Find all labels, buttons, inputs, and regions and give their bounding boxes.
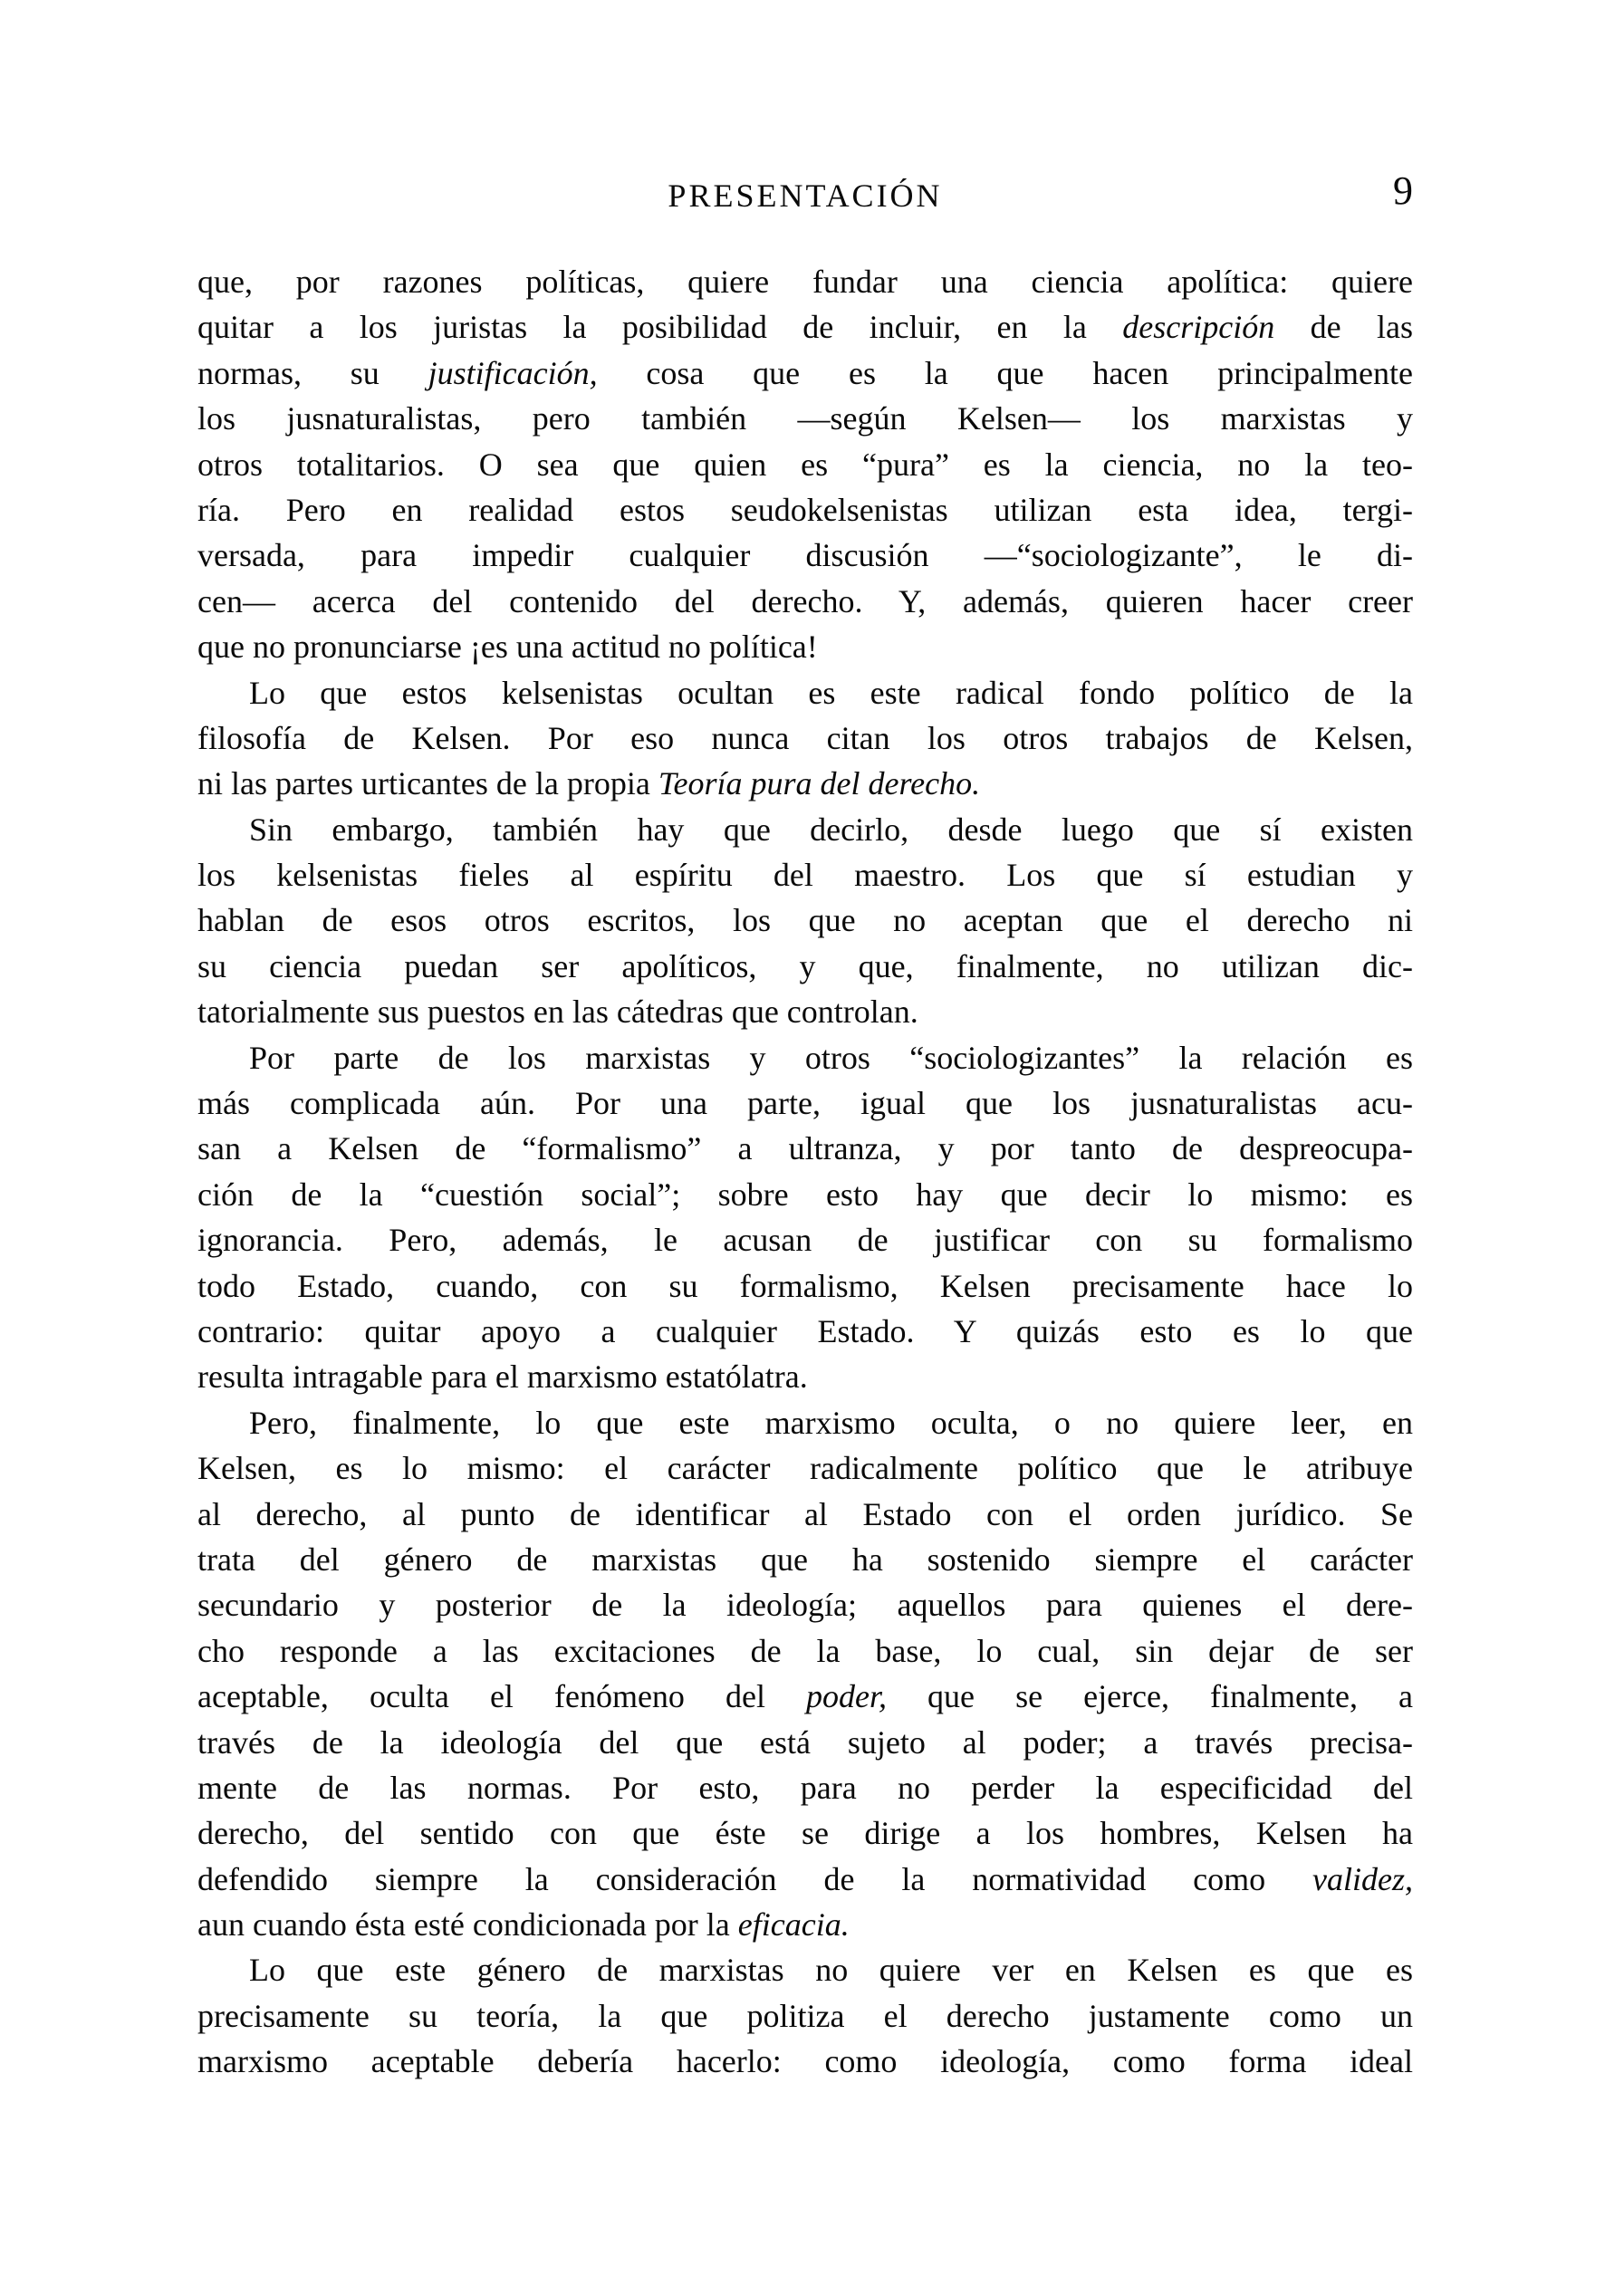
text-run: los jusnaturalistas, pero también —según…	[197, 400, 1413, 437]
text-run: ría. Pero en realidad estos seudokelseni…	[197, 492, 1413, 528]
text-run: Por parte de los marxistas y otros “soci…	[249, 1040, 1413, 1076]
text-line: aun cuando ésta esté condicionada por la…	[197, 1902, 1413, 1947]
italic-run: poder,	[806, 1678, 887, 1714]
text-line: más complicada aún. Por una parte, igual…	[197, 1080, 1413, 1126]
text-line: otros totalitarios. O sea que quien es “…	[197, 442, 1413, 487]
italic-run: eficacia.	[738, 1906, 850, 1943]
text-line: filosofía de Kelsen. Por eso nunca citan…	[197, 715, 1413, 761]
text-run: precisamente su teoría, la que politiza …	[197, 1998, 1413, 2034]
text-line: hablan de esos otros escritos, los que n…	[197, 897, 1413, 943]
text-run: versada, para impedir cualquier discusió…	[197, 537, 1413, 573]
italic-run: justificación,	[428, 355, 598, 391]
text-line: ignorancia. Pero, además, le acusan de j…	[197, 1217, 1413, 1262]
text-line: tatorialmente sus puestos en las cátedra…	[197, 989, 1413, 1034]
text-line: Pero, finalmente, lo que este marxismo o…	[197, 1400, 1413, 1445]
text-line: trata del género de marxistas que ha sos…	[197, 1537, 1413, 1582]
text-run: ignorancia. Pero, además, le acusan de j…	[197, 1222, 1413, 1258]
italic-run: Teoría pura del derecho.	[658, 765, 980, 801]
text-line: marxismo aceptable debería hacerlo: como…	[197, 2039, 1413, 2084]
text-line: ría. Pero en realidad estos seudokelseni…	[197, 487, 1413, 533]
text-line: precisamente su teoría, la que politiza …	[197, 1993, 1413, 2039]
text-line: derecho, del sentido con que éste se dir…	[197, 1810, 1413, 1856]
text-run: que se ejerce, finalmente, a	[887, 1678, 1413, 1714]
text-run: todo Estado, cuando, con su formalismo, …	[197, 1268, 1413, 1304]
text-run: Sin embargo, también hay que decirlo, de…	[249, 811, 1413, 848]
text-line: su ciencia puedan ser apolíticos, y que,…	[197, 944, 1413, 989]
text-run: Pero, finalmente, lo que este marxismo o…	[249, 1405, 1413, 1441]
text-run: través de la ideología del que está suje…	[197, 1724, 1413, 1761]
text-run: quitar a los juristas la posibilidad de …	[197, 309, 1122, 345]
text-line: cho responde a las excitaciones de la ba…	[197, 1628, 1413, 1674]
text-run: ción de la “cuestión social”; sobre esto…	[197, 1176, 1413, 1213]
text-line: defendido siempre la consideración de la…	[197, 1857, 1413, 1902]
text-run: más complicada aún. Por una parte, igual…	[197, 1085, 1413, 1121]
italic-run: validez,	[1312, 1861, 1413, 1897]
text-line: resulta intragable para el marxismo esta…	[197, 1354, 1413, 1399]
text-run: los kelsenistas fieles al espíritu del m…	[197, 857, 1413, 893]
text-run: que, por razones políticas, quiere funda…	[197, 264, 1413, 300]
book-page: PRESENTACIÓN 9 que, por razones política…	[0, 0, 1624, 2294]
text-line: quitar a los juristas la posibilidad de …	[197, 304, 1413, 350]
text-run: mente de las normas. Por esto, para no p…	[197, 1770, 1413, 1806]
text-line: los kelsenistas fieles al espíritu del m…	[197, 852, 1413, 897]
text-run: contrario: quitar apoyo a cualquier Esta…	[197, 1313, 1413, 1349]
text-line: versada, para impedir cualquier discusió…	[197, 533, 1413, 578]
text-line: Lo que este género de marxistas no quier…	[197, 1947, 1413, 1992]
text-line: los jusnaturalistas, pero también —según…	[197, 396, 1413, 441]
page-number: 9	[197, 171, 1413, 211]
text-run: aun cuando ésta esté condicionada por la	[197, 1906, 738, 1943]
text-line: aceptable, oculta el fenómeno del poder,…	[197, 1674, 1413, 1719]
text-line: Lo que estos kelsenistas ocultan es este…	[197, 670, 1413, 715]
text-run: trata del género de marxistas que ha sos…	[197, 1541, 1413, 1578]
italic-run: descripción	[1122, 309, 1274, 345]
text-run: aceptable, oculta el fenómeno del	[197, 1678, 806, 1714]
text-run: normas, su	[197, 355, 428, 391]
text-run: marxismo aceptable debería hacerlo: como…	[197, 2043, 1413, 2079]
text-run: que no pronunciarse ¡es una actitud no p…	[197, 629, 818, 665]
text-run: resulta intragable para el marxismo esta…	[197, 1358, 808, 1395]
text-line: normas, su justificación, cosa que es la…	[197, 350, 1413, 396]
text-line: cen— acerca del contenido del derecho. Y…	[197, 579, 1413, 624]
text-line: través de la ideología del que está suje…	[197, 1720, 1413, 1765]
text-run: al derecho, al punto de identificar al E…	[197, 1496, 1413, 1532]
text-line: secundario y posterior de la ideología; …	[197, 1582, 1413, 1627]
text-run: Lo que este género de marxistas no quier…	[249, 1952, 1413, 1988]
text-line: contrario: quitar apoyo a cualquier Esta…	[197, 1309, 1413, 1354]
text-run: derecho, del sentido con que éste se dir…	[197, 1815, 1413, 1851]
text-run: san a Kelsen de “formalismo” a ultranza,…	[197, 1130, 1413, 1166]
text-run: Lo que estos kelsenistas ocultan es este…	[249, 675, 1413, 711]
text-run: otros totalitarios. O sea que quien es “…	[197, 446, 1413, 483]
text-line: mente de las normas. Por esto, para no p…	[197, 1765, 1413, 1810]
text-run: tatorialmente sus puestos en las cátedra…	[197, 993, 918, 1030]
text-line: que, por razones políticas, quiere funda…	[197, 259, 1413, 304]
text-line: Kelsen, es lo mismo: el carácter radical…	[197, 1445, 1413, 1491]
text-line: que no pronunciarse ¡es una actitud no p…	[197, 624, 1413, 669]
text-run: de las	[1274, 309, 1413, 345]
text-run: cosa que es la que hacen principalmente	[598, 355, 1413, 391]
text-block: que, por razones políticas, quiere funda…	[197, 259, 1413, 2085]
text-run: cen— acerca del contenido del derecho. Y…	[197, 583, 1413, 619]
text-run: ni las partes urticantes de la propia	[197, 765, 658, 801]
text-run: cho responde a las excitaciones de la ba…	[197, 1633, 1413, 1669]
text-line: san a Kelsen de “formalismo” a ultranza,…	[197, 1126, 1413, 1171]
text-line: Por parte de los marxistas y otros “soci…	[197, 1035, 1413, 1080]
text-line: al derecho, al punto de identificar al E…	[197, 1492, 1413, 1537]
text-run: defendido siempre la consideración de la…	[197, 1861, 1312, 1897]
text-line: ni las partes urticantes de la propia Te…	[197, 761, 1413, 806]
text-run: filosofía de Kelsen. Por eso nunca citan…	[197, 720, 1413, 756]
text-run: secundario y posterior de la ideología; …	[197, 1587, 1413, 1623]
text-run: hablan de esos otros escritos, los que n…	[197, 902, 1413, 938]
text-line: todo Estado, cuando, con su formalismo, …	[197, 1263, 1413, 1309]
text-line: Sin embargo, también hay que decirlo, de…	[197, 807, 1413, 852]
text-run: Kelsen, es lo mismo: el carácter radical…	[197, 1450, 1413, 1486]
text-line: ción de la “cuestión social”; sobre esto…	[197, 1172, 1413, 1217]
text-run: su ciencia puedan ser apolíticos, y que,…	[197, 948, 1413, 984]
